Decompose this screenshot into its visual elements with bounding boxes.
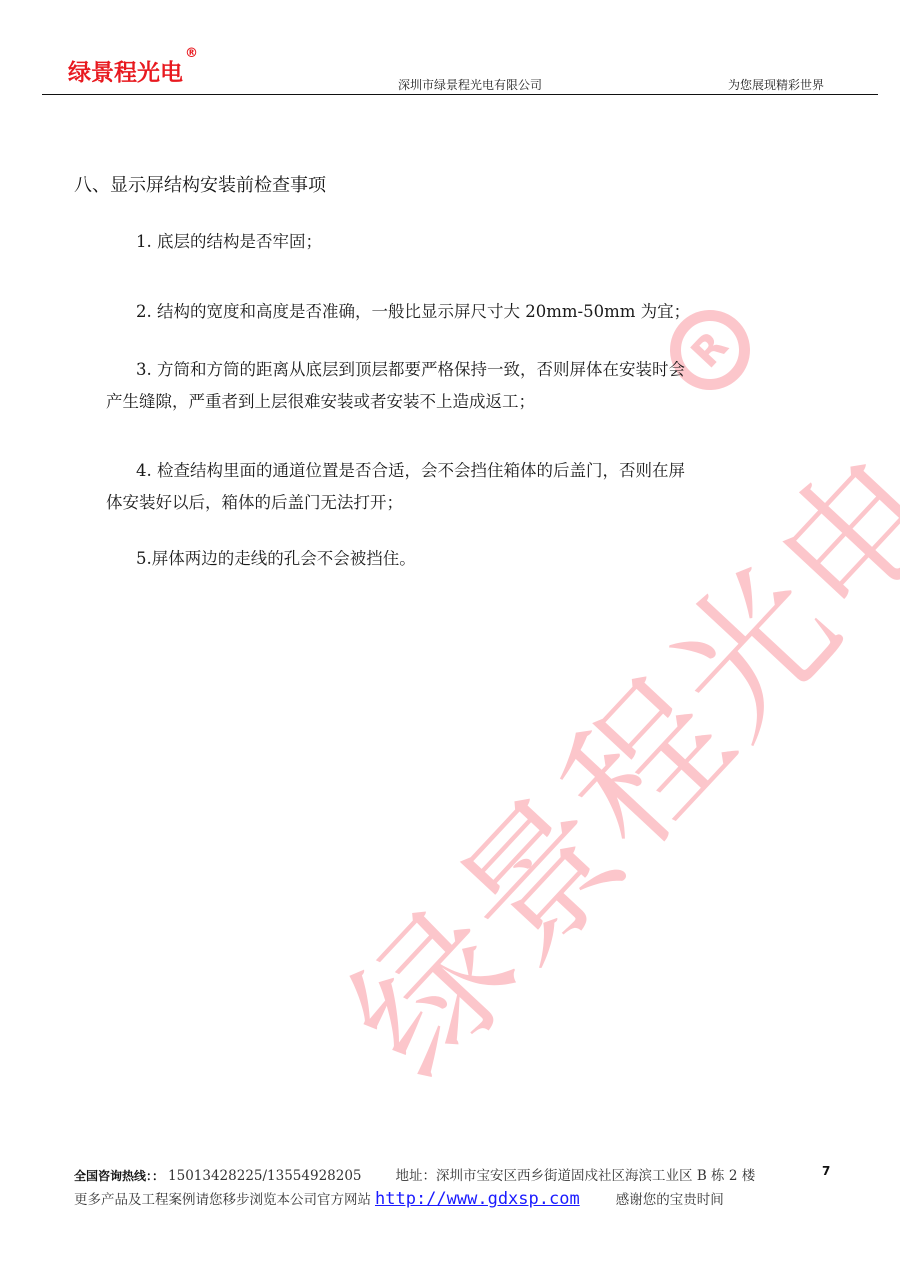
item-line: 4. 检查结构里面的通道位置是否合适，会不会挡住箱体的后盖门，否则在屏 <box>136 455 685 487</box>
item-line: 1. 底层的结构是否牢固； <box>136 226 322 258</box>
item-line: 体安装好以后，箱体的后盖门无法打开； <box>106 487 685 519</box>
website-link[interactable]: http://www.gdxsp.com <box>375 1189 580 1209</box>
registered-mark-icon: ® <box>185 46 198 61</box>
checklist-item-1: 1. 底层的结构是否牢固； <box>136 226 322 258</box>
checklist-item-5: 5.屏体两边的走线的孔会不会被挡住。 <box>136 543 416 575</box>
company-logo: 绿景程光电 ® <box>68 54 183 87</box>
header-slogan: 为您展现精彩世界 <box>728 76 824 93</box>
logo-text: 绿景程光电 <box>68 60 183 86</box>
checklist-item-4: 4. 检查结构里面的通道位置是否合适，会不会挡住箱体的后盖门，否则在屏 体安装好… <box>136 455 685 519</box>
checklist-item-2: 2. 结构的宽度和高度是否准确，一般比显示屏尺寸大 20mm-50mm 为宜； <box>136 296 690 328</box>
checklist-item-3: 3. 方筒和方筒的距离从底层到顶层都要严格保持一致，否则屏体在安装时会 产生缝隙… <box>136 354 685 418</box>
footer-website-line: 更多产品及工程案例请您移步浏览本公司官方网站http://www.gdxsp.c… <box>74 1188 724 1209</box>
item-line: 3. 方筒和方筒的距离从底层到顶层都要严格保持一致，否则屏体在安装时会 <box>136 354 685 386</box>
item-line: 产生缝隙，严重者到上层很难安装或者安装不上造成返工； <box>106 386 685 418</box>
website-prompt: 更多产品及工程案例请您移步浏览本公司官方网站 <box>74 1192 371 1208</box>
footer-thanks: 感谢您的宝贵时间 <box>616 1192 724 1208</box>
footer-contact-line: 全国咨询热线：：15013428225/13554928205地址：深圳市宝安区… <box>74 1164 755 1184</box>
page-number: 7 <box>822 1164 830 1178</box>
section-title: 八、显示屏结构安装前检查事项 <box>74 171 326 197</box>
footer-address: 地址：深圳市宝安区西乡街道固戍社区海滨工业区 B 栋 2 楼 <box>396 1168 756 1184</box>
item-line: 5.屏体两边的走线的孔会不会被挡住。 <box>136 543 416 575</box>
hotline-numbers: 15013428225/13554928205 <box>168 1168 362 1184</box>
header-divider <box>42 94 878 95</box>
item-line: 2. 结构的宽度和高度是否准确，一般比显示屏尺寸大 20mm-50mm 为宜； <box>136 296 690 328</box>
hotline-label: 全国咨询热线：： <box>74 1169 164 1183</box>
header-company-name: 深圳市绿景程光电有限公司 <box>398 76 542 93</box>
